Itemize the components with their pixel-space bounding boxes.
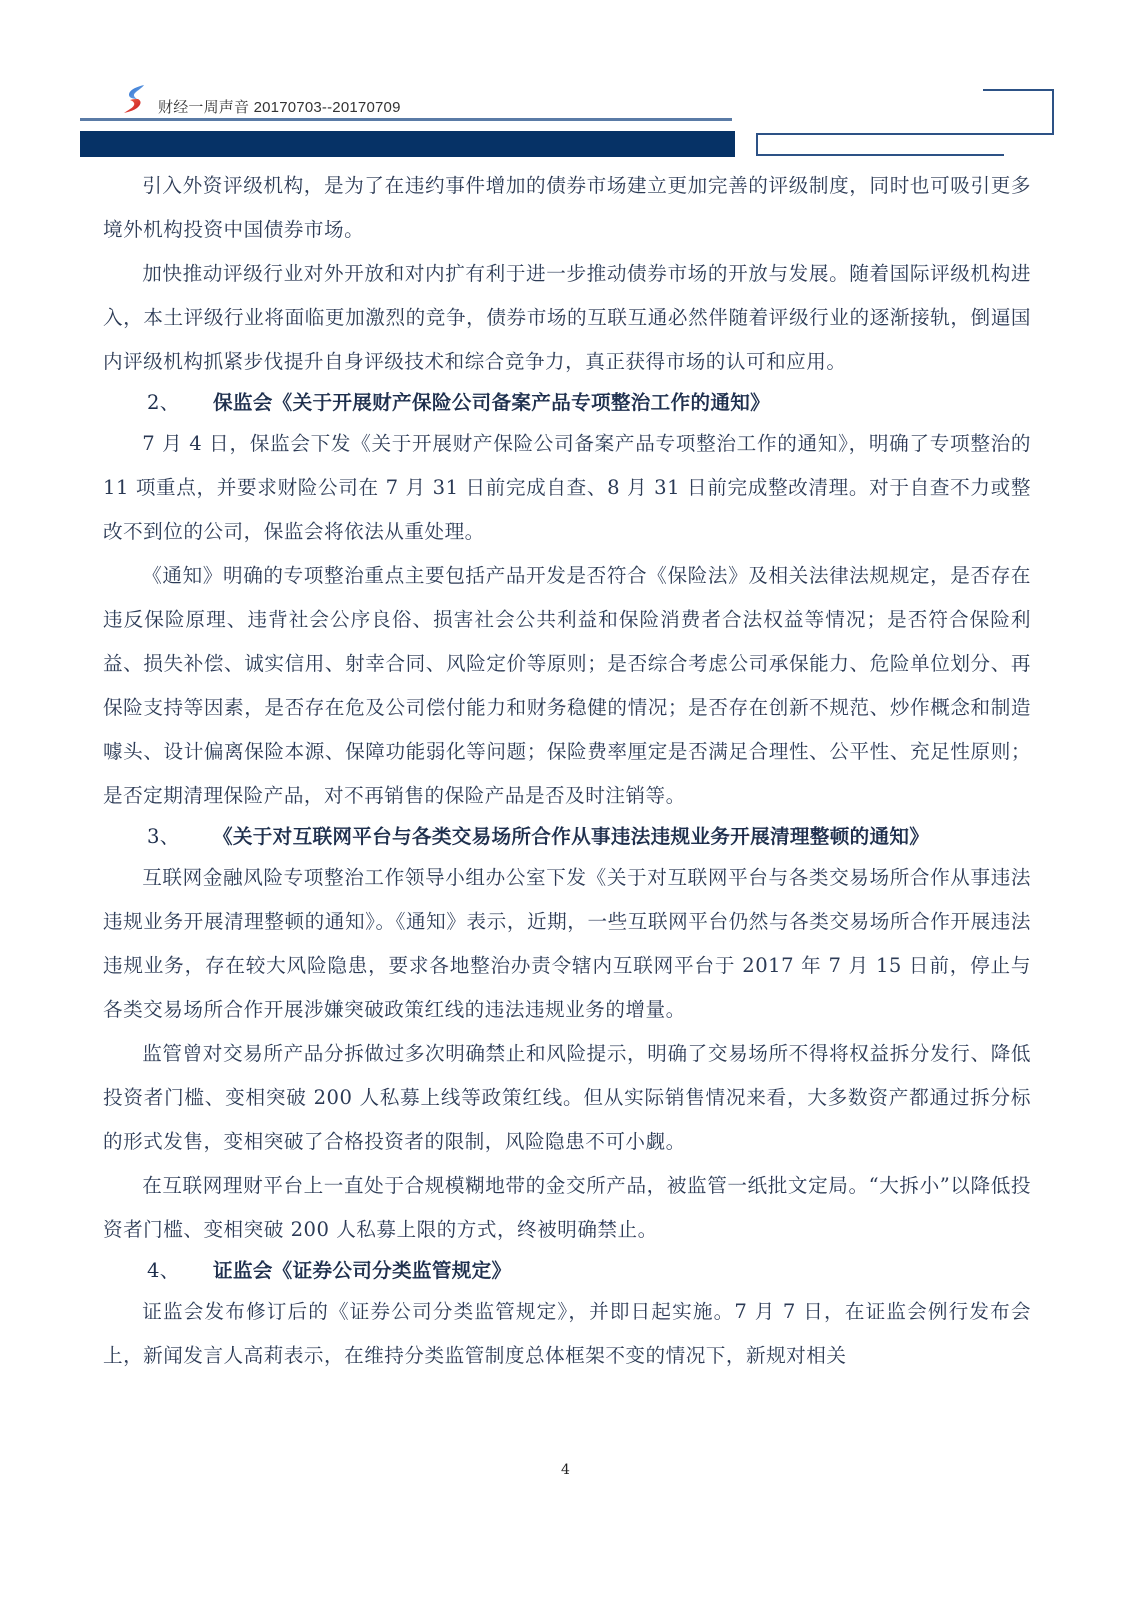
section-number: 3、 xyxy=(147,818,213,856)
section-title: 保监会《关于开展财产保险公司备案产品专项整治工作的通知》 xyxy=(213,391,770,414)
paragraph: 加快推动评级行业对外开放和对内扩有利于进一步推动债券市场的开放与发展。随着国际评… xyxy=(103,252,1031,384)
document-body: 引入外资评级机构，是为了在违约事件增加的债券市场建立更加完善的评级制度，同时也可… xyxy=(103,164,1031,1378)
page-header: 财经一周声音 20170703--20170709 xyxy=(0,0,1131,170)
header-frame-decoration xyxy=(756,154,1004,156)
header-rule xyxy=(80,118,732,121)
section-number: 2、 xyxy=(147,384,213,422)
header-frame-decoration xyxy=(1052,89,1054,133)
section-heading-2: 2、保监会《关于开展财产保险公司备案产品专项整治工作的通知》 xyxy=(103,384,1031,422)
header-frame-decoration xyxy=(756,133,758,154)
paragraph: 在互联网理财平台上一直处于合规模糊地带的金交所产品，被监管一纸批文定局。“大拆小… xyxy=(103,1164,1031,1252)
header-frame-decoration xyxy=(983,89,1053,91)
section-title: 《关于对互联网平台与各类交易场所合作从事违法违规业务开展清理整顿的通知》 xyxy=(213,825,929,848)
paragraph: 证监会发布修订后的《证券公司分类监管规定》，并即日起实施。7 月 7 日，在证监… xyxy=(103,1290,1031,1378)
section-heading-4: 4、证监会《证券公司分类监管规定》 xyxy=(103,1252,1031,1290)
s-logo-icon xyxy=(122,84,148,114)
section-title: 证监会《证券公司分类监管规定》 xyxy=(213,1259,511,1282)
header-bar xyxy=(80,131,735,157)
section-number: 4、 xyxy=(147,1252,213,1290)
header-title: 财经一周声音 20170703--20170709 xyxy=(158,96,401,117)
page-number: 4 xyxy=(0,1462,1131,1478)
paragraph: 引入外资评级机构，是为了在违约事件增加的债券市场建立更加完善的评级制度，同时也可… xyxy=(103,164,1031,252)
paragraph: 监管曾对交易所产品分拆做过多次明确禁止和风险提示，明确了交易场所不得将权益拆分发… xyxy=(103,1032,1031,1164)
paragraph: 《通知》明确的专项整治重点主要包括产品开发是否符合《保险法》及相关法律法规规定，… xyxy=(103,554,1031,818)
paragraph: 7 月 4 日，保监会下发《关于开展财产保险公司备案产品专项整治工作的通知》，明… xyxy=(103,422,1031,554)
paragraph: 互联网金融风险专项整治工作领导小组办公室下发《关于对互联网平台与各类交易场所合作… xyxy=(103,856,1031,1032)
header-frame-decoration xyxy=(756,133,1054,135)
section-heading-3: 3、《关于对互联网平台与各类交易场所合作从事违法违规业务开展清理整顿的通知》 xyxy=(103,818,1031,856)
